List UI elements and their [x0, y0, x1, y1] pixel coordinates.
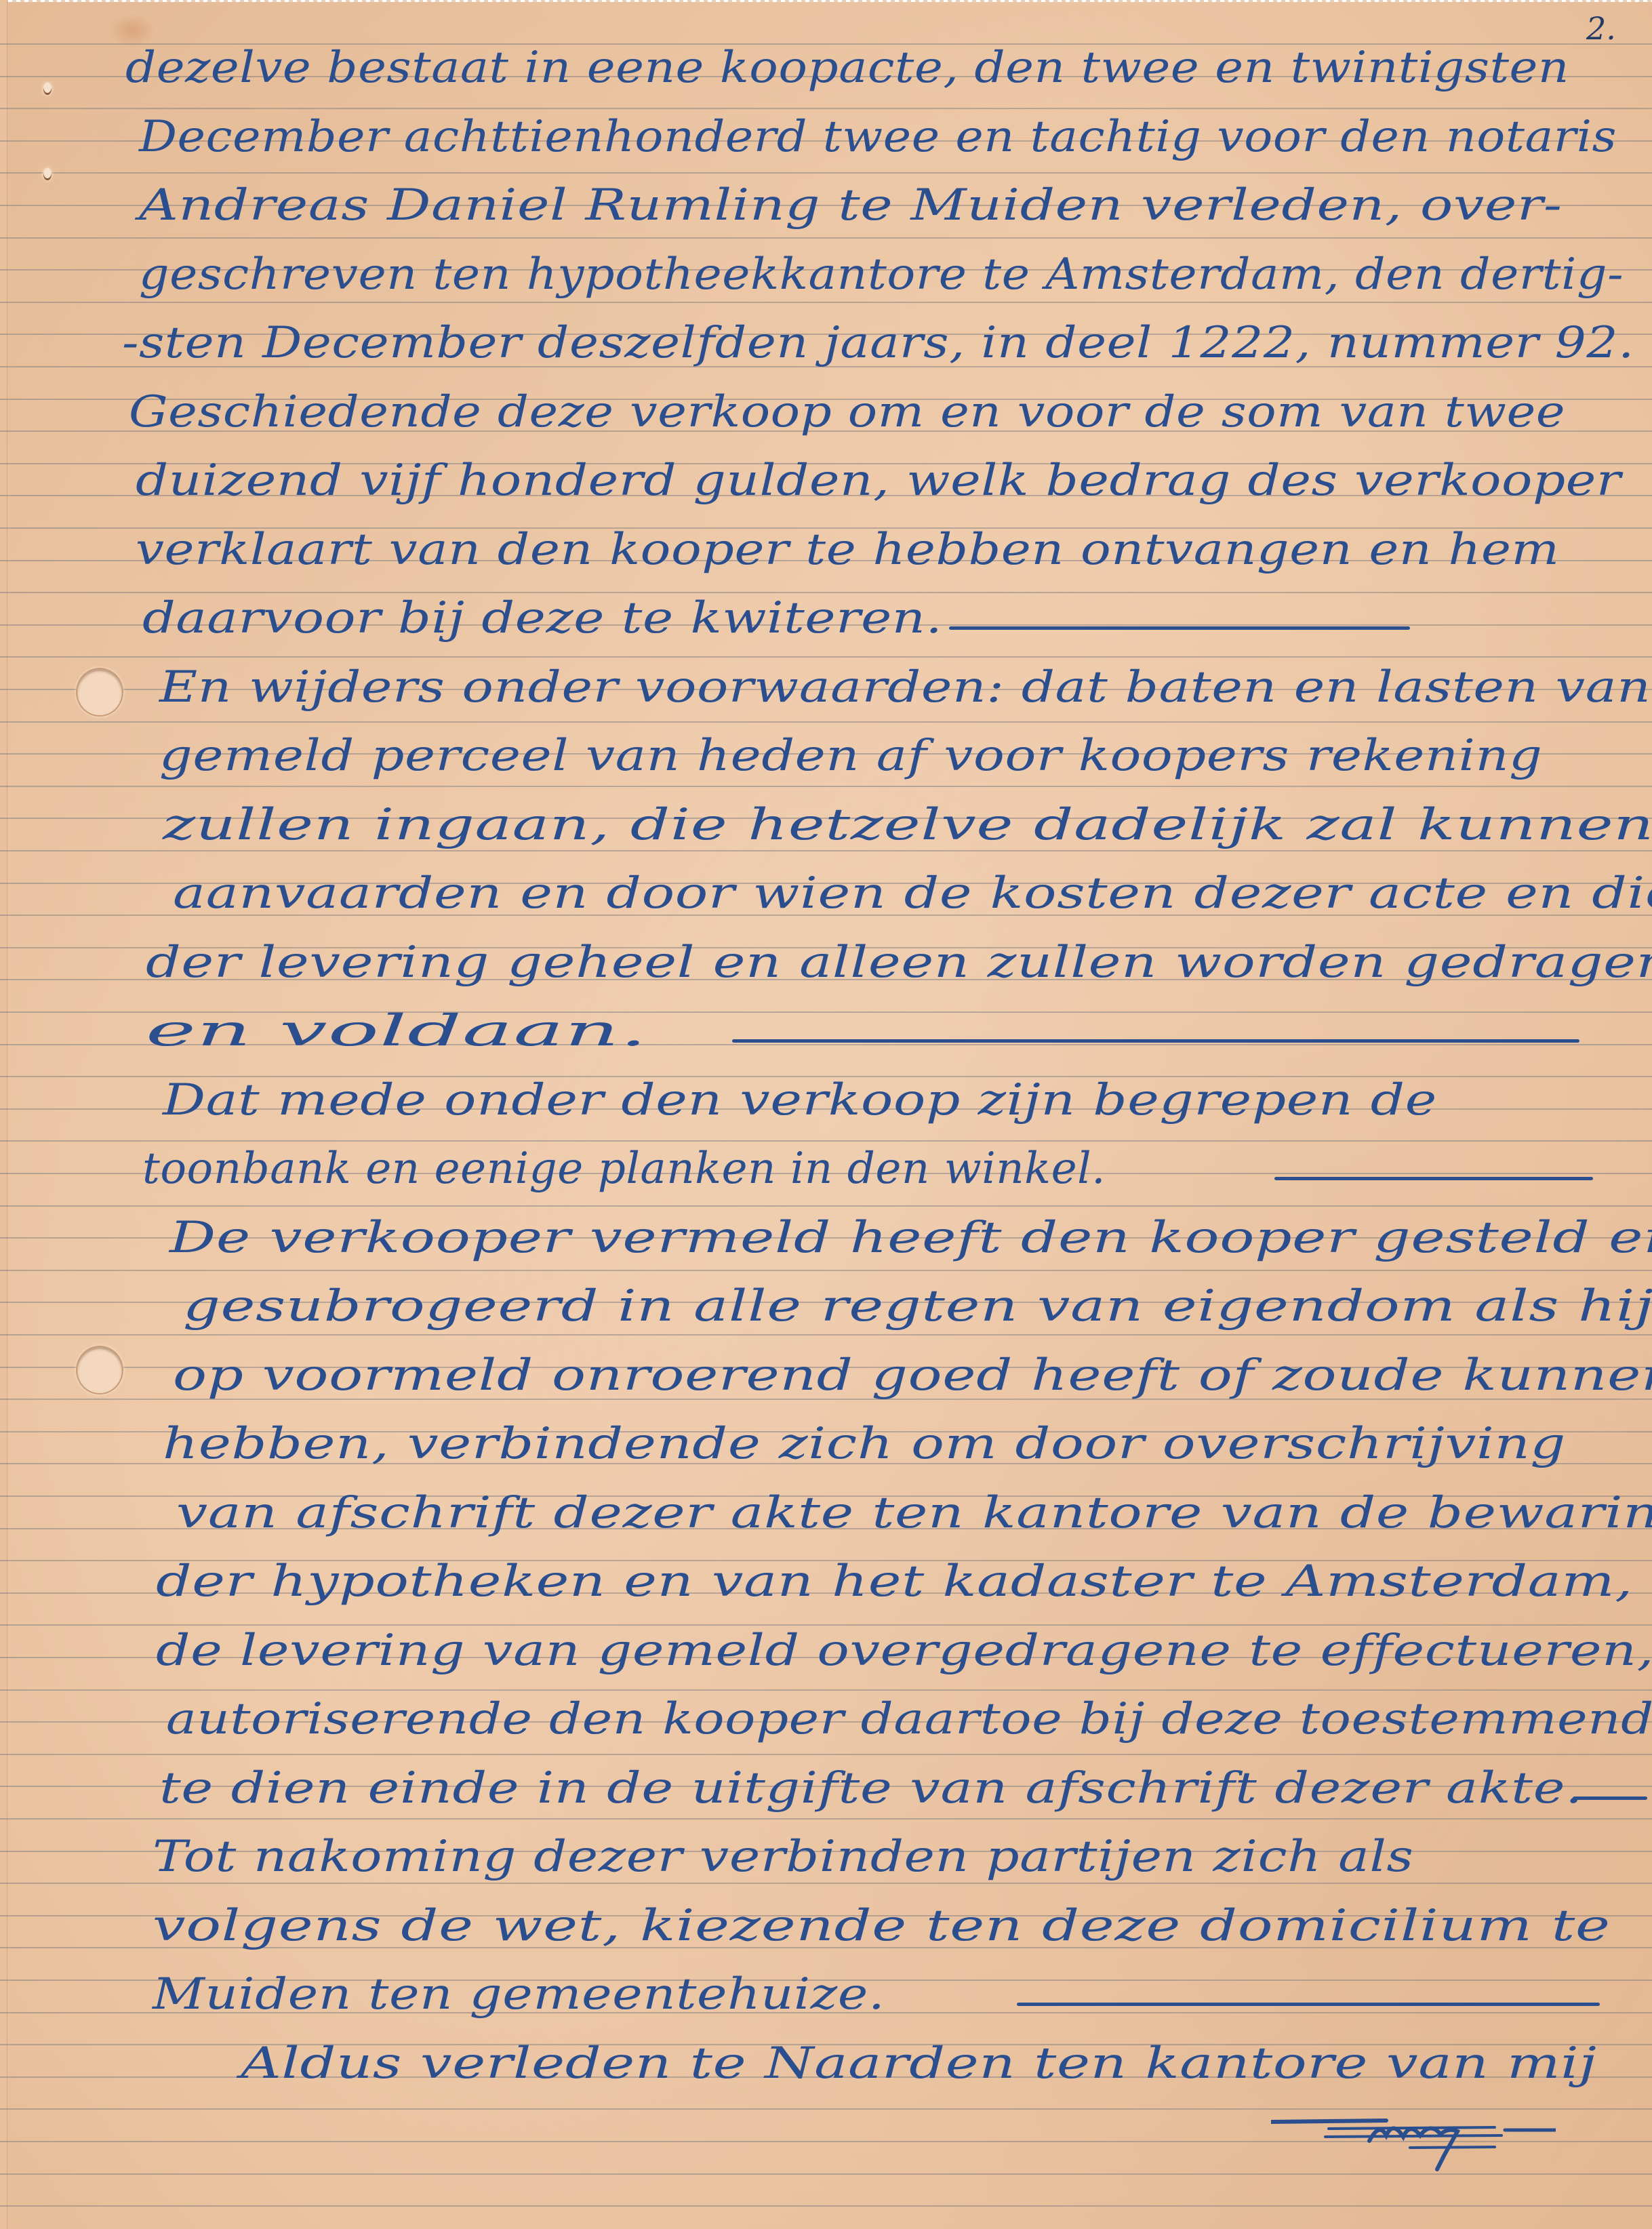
- punch-hole-icon: [76, 1346, 123, 1394]
- pin-hole-icon: [43, 83, 52, 95]
- text-line: Muiden ten gemeentehuize.: [153, 1967, 885, 2022]
- page-number: 2.: [1586, 8, 1616, 49]
- text-line: Tot nakoming dezer verbinden partijen zi…: [153, 1830, 1413, 1884]
- ruled-line: [0, 656, 1652, 658]
- text-line: -sten December deszelfden jaars, in deel…: [122, 316, 1634, 370]
- text-line: geschreven ten hypotheekkantore te Amste…: [139, 247, 1624, 302]
- ruled-line: [0, 1689, 1652, 1691]
- text-line: verklaart van den kooper te hebben ontva…: [136, 523, 1560, 577]
- line-filler-dash: [949, 626, 1410, 630]
- text-line: en voldaan.: [146, 1004, 647, 1058]
- text-line: der hypotheken en van het kadaster te Am…: [156, 1554, 1633, 1609]
- ruled-line: [0, 237, 1652, 239]
- text-line: autoriserende den kooper daartoe bij dez…: [166, 1692, 1652, 1746]
- text-line: En wijders onder voorwaarden: dat baten …: [159, 660, 1651, 715]
- text-line: De verkooper vermeld heeft den kooper ge…: [169, 1211, 1652, 1265]
- text-line: hebben, verbindende zich om door oversch…: [163, 1417, 1566, 1471]
- ruled-line: [0, 1334, 1652, 1336]
- ruled-line: [0, 172, 1652, 174]
- line-filler-dash: [1573, 1796, 1647, 1800]
- text-line: op voormeld onroerend goed heeft of zoud…: [173, 1348, 1652, 1403]
- line-filler-dash: [1017, 2003, 1600, 2006]
- document-page: 2. dezelve bestaat in eene koopacte, den…: [0, 0, 1652, 2229]
- text-line: gemeld perceel van heden af voor koopers…: [159, 729, 1543, 783]
- line-filler-dash: [1274, 1177, 1593, 1180]
- text-line: toonbank en eenige planken in den winkel…: [142, 1142, 1106, 1196]
- ruled-line: [0, 1754, 1652, 1755]
- text-line: volgens de wet, kiezende ten deze domici…: [153, 1899, 1611, 1953]
- text-line: gesubrogeerd in alle regten van eigendom…: [183, 1279, 1652, 1333]
- text-line: Dat mede onder den verkoop zijn begrepen…: [163, 1073, 1437, 1127]
- text-line: Andreas Daniel Rumling te Muiden verlede…: [139, 178, 1563, 233]
- ruled-line: [0, 721, 1652, 723]
- text-line: de levering van gemeld overgedragene te …: [156, 1624, 1652, 1678]
- text-line: Aldus verleden te Naarden ten kantore va…: [241, 2036, 1597, 2091]
- text-line: Geschiedende deze verkoop om en voor de …: [129, 385, 1565, 439]
- paper-top-edge: [0, 0, 1652, 2]
- ruled-line: [0, 1818, 1652, 1820]
- text-line: December achttienhonderd twee en tachtig…: [139, 110, 1617, 164]
- text-line: der levering geheel en alleen zullen wor…: [146, 936, 1652, 990]
- text-line: van afschrift dezer akte ten kantore van…: [176, 1486, 1652, 1540]
- notary-signature: [1271, 2102, 1556, 2176]
- ruled-line: [0, 302, 1652, 303]
- text-line: aanvaarden en door wien de kosten dezer …: [173, 866, 1652, 921]
- line-filler-dash: [732, 1039, 1579, 1043]
- signature-scribble-icon: [1271, 2102, 1556, 2176]
- ruled-line: [0, 1205, 1652, 1207]
- text-line: duizend vijf honderd gulden, welk bedrag…: [136, 454, 1621, 508]
- text-line: zullen ingaan, die hetzelve dadelijk zal…: [163, 798, 1652, 852]
- ruled-line: [0, 1270, 1652, 1271]
- text-line: daarvoor bij deze te kwiteren.: [142, 591, 942, 645]
- ruled-line: [0, 2205, 1652, 2207]
- punch-hole-icon: [76, 668, 123, 717]
- pin-hole-icon: [43, 168, 52, 180]
- text-line: dezelve bestaat in eene koopacte, den tw…: [125, 41, 1569, 95]
- ruled-line: [0, 786, 1652, 787]
- ruled-line: [0, 108, 1652, 109]
- text-line: te dien einde in de uitgifte van afschri…: [159, 1761, 1583, 1815]
